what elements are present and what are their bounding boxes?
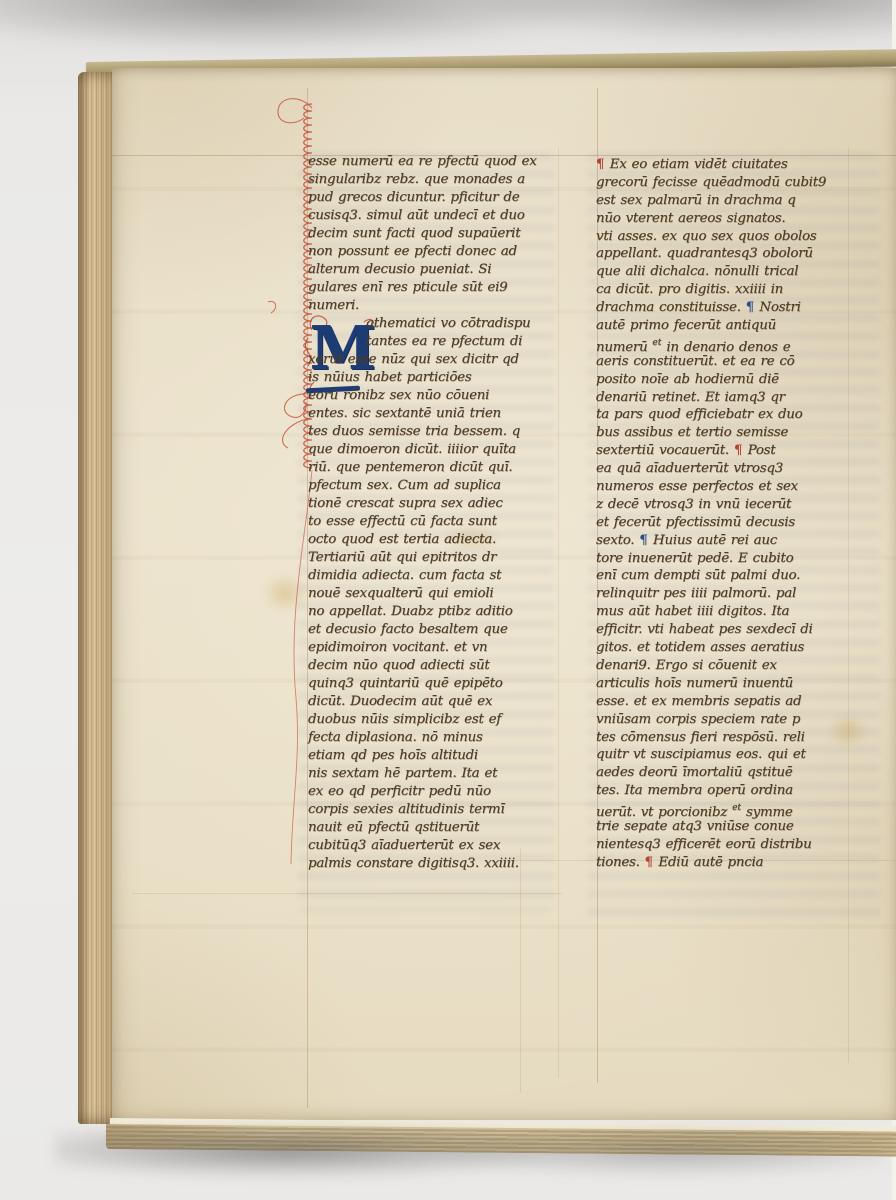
- text-segment: singularibz rebz. que monades a: [308, 172, 525, 187]
- manuscript-book: M esse numerū ea re pfectū quod exsingul…: [78, 56, 896, 1156]
- text-segment: gitos. et totidem asses aeratius: [596, 640, 804, 655]
- text-segment: relinquitr pes iiii palmorū. pal: [596, 586, 796, 601]
- text-segment: articulis hoīs numerū inuentū: [596, 676, 793, 691]
- text-line: decim nūo quod adiecti sūt: [308, 658, 564, 676]
- text-line: fecta diplasiona. nō minus: [308, 730, 564, 748]
- text-line: ca dicūt. pro digitis. xxiiii in: [596, 281, 894, 299]
- book-cast-shadow: [55, 1128, 885, 1200]
- text-segment: is nūius habet particiōes: [308, 370, 471, 385]
- text-line: et decusio facto besaltem que: [308, 622, 564, 640]
- text-line: esse. et ex membris sepatis ad: [596, 693, 894, 711]
- text-line: riū. que pentemeron dicūt quī.: [308, 460, 564, 478]
- text-line: epidimoiron vocitant. et vn: [308, 640, 564, 658]
- text-segment: octo quod est tertia adiecta.: [308, 532, 496, 547]
- text-line: gulares enī res pticule sūt ei9: [308, 280, 564, 298]
- text-line: gitos. et totidem asses aeratius: [596, 639, 894, 657]
- text-line: vti asses. ex quo sex quos obolos: [596, 228, 894, 246]
- text-line: entes. sic sextantē uniā trien: [308, 406, 564, 424]
- text-segment: alterum decusio pueniat. Si: [308, 262, 491, 277]
- text-segment: tore inuenerūt pedē. E cubito: [596, 551, 793, 566]
- stitch-small-hook: [268, 301, 276, 313]
- text-segment: epidimoiron vocitant. et vn: [308, 640, 487, 655]
- text-segment: vniūsam corpis speciem rate p: [596, 712, 800, 727]
- text-line: esse numerū ea re pfectū quod ex: [308, 154, 564, 172]
- text-segment: pud grecos dicuntur. pficitur de: [308, 190, 519, 205]
- text-segment: tiones.: [596, 855, 645, 870]
- text-column-left: esse numerū ea re pfectū quod exsingular…: [308, 154, 564, 874]
- text-line: denari9. Ergo si cōuenit ex: [596, 657, 894, 675]
- text-segment: ea quā aīaduerterūt vtrosq3: [596, 461, 783, 476]
- text-segment: sexto.: [596, 533, 639, 548]
- text-segment: eorū rōnibz sex nūo cōueni: [308, 388, 489, 403]
- text-segment: denariū retinet. Et iamq3 qr: [596, 390, 785, 405]
- text-line: cubitūq3 aīaduerterūt ex sex: [308, 838, 564, 856]
- parchment-page: M esse numerū ea re pfectū quod exsingul…: [112, 68, 896, 1120]
- text-segment: tes cōmensus fieri respōsū. reli: [596, 730, 805, 745]
- text-segment: tes duos semisse tria bessem. q: [308, 424, 520, 439]
- text-segment: entes. sic sextantē uniā trien: [308, 406, 501, 421]
- text-segment: enī cum dempti sūt palmi duo.: [596, 568, 800, 583]
- text-segment: appellant. quadrantesq3 obolorū: [596, 246, 813, 261]
- text-line: et fecerūt pfectissimū decusis: [596, 514, 894, 532]
- text-line: enī cum dempti sūt palmi duo.: [596, 567, 894, 585]
- paragraph-mark: ¶: [596, 156, 610, 172]
- text-segment: bus assibus et tertio semisse: [596, 425, 788, 440]
- text-line: palmis constare digitisq3. xxiiii.: [308, 856, 564, 874]
- text-line: singularibz rebz. que monades a: [308, 172, 564, 190]
- text-line: ex eo qd perficitr pedū nūo: [308, 784, 564, 802]
- text-segment: que dimoeron dicūt. iiiior quīta: [308, 442, 516, 457]
- text-segment: dimidia adiecta. cum facta st: [308, 568, 501, 583]
- text-segment: duobus nūis simplicibz est ef: [308, 712, 501, 727]
- paragraph-mark: ¶: [746, 299, 760, 315]
- text-segment: quinq3 quintariū quē epipēto: [308, 676, 503, 691]
- text-segment: quitr vt suscipiamus eos. qui et: [596, 747, 806, 762]
- text-line: to esse effectū cū facta sunt: [308, 514, 564, 532]
- text-column-right: ¶ Ex eo etiam vidēt ciuitatesgrecorū fec…: [596, 156, 894, 872]
- text-line: relinquitr pes iiii palmorū. pal: [596, 585, 894, 603]
- text-line: pud grecos dicuntur. pficitur de: [308, 190, 564, 208]
- text-line: xerūt esse nūz qui sex dicitr qd: [308, 352, 564, 370]
- text-segment: pfectum sex. Cum ad suplica: [308, 478, 501, 493]
- text-line: denariū retinet. Et iamq3 qr: [596, 389, 894, 407]
- text-line: tes. Ita membra operū ordina: [596, 782, 894, 800]
- text-line: cusisq3. simul aūt undecī et duo: [308, 208, 564, 226]
- text-segment: Ediū autē pncia: [658, 855, 763, 870]
- text-segment: ex eo qd perficitr pedū nūo: [308, 784, 491, 799]
- text-line: tes cōmensus fieri respōsū. reli: [596, 729, 894, 747]
- text-segment: palmis constare digitisq3. xxiiii.: [308, 856, 519, 871]
- text-line: est sex palmarū in drachma q: [596, 192, 894, 210]
- text-line: is nūius habet particiōes: [308, 370, 564, 388]
- text-segment: aedes deorū īmortaliū qstituē: [596, 765, 792, 780]
- text-line: tionē crescat supra sex adiec: [308, 496, 564, 514]
- text-line: aeris constituerūt. et ea re cō: [596, 353, 894, 371]
- text-segment: fecta diplasiona. nō minus: [308, 730, 483, 745]
- text-segment: et fecerūt pfectissimū decusis: [596, 515, 795, 530]
- text-segment: nūo vterent aereos signatos.: [596, 211, 785, 226]
- text-segment: cusisq3. simul aūt undecī et duo: [308, 208, 525, 223]
- text-line: dicūt. Duodecim aūt quē ex: [308, 694, 564, 712]
- text-line: no appellat. Duabz ptibz aditio: [308, 604, 564, 622]
- text-segment: est sex palmarū in drachma q: [596, 193, 796, 208]
- text-segment: no appellat. Duabz ptibz aditio: [308, 604, 513, 619]
- text-line: nūo vterent aereos signatos.: [596, 210, 894, 228]
- text-line: appellant. quadrantesq3 obolorū: [596, 245, 894, 263]
- text-line: non possunt ee pfecti donec ad: [308, 244, 564, 262]
- text-segment: et decusio facto besaltem que: [308, 622, 508, 637]
- text-line: Tertiariū aūt qui epitritos dr: [308, 550, 564, 568]
- text-line: alterum decusio pueniat. Si: [308, 262, 564, 280]
- text-segment: athematici vo cōtradispu: [366, 316, 530, 331]
- text-segment: Huius autē rei auc: [653, 533, 777, 548]
- text-segment: riū. que pentemeron dicūt quī.: [308, 460, 512, 475]
- text-line: tes duos semisse tria bessem. q: [308, 424, 564, 442]
- text-line: mus aūt habet iiii digitos. Ita: [596, 603, 894, 621]
- text-line: trie sepate atq3 vniūse conue: [596, 818, 894, 836]
- text-line: sextertiū vocauerūt. ¶ Post: [596, 442, 894, 460]
- text-segment: numeros esse perfectos et sex: [596, 479, 798, 494]
- paragraph-mark: ¶: [645, 854, 659, 870]
- text-line: drachma constituisse. ¶ Nostri: [596, 299, 894, 317]
- text-segment: corpis sexies altitudinis termī: [308, 802, 504, 817]
- text-segment: esse. et ex membris sepatis ad: [596, 694, 801, 709]
- text-segment: Ex eo etiam vidēt ciuitates: [610, 157, 788, 172]
- text-segment: cubitūq3 aīaduerterūt ex sex: [308, 838, 500, 853]
- text-line: corpis sexies altitudinis termī: [308, 802, 564, 820]
- text-line: numerū et in denario denos e: [596, 335, 894, 353]
- text-line: posito noīe ab hodiernū diē: [596, 371, 894, 389]
- paragraph-mark: ¶: [734, 442, 748, 458]
- text-line: numeri.: [308, 298, 564, 316]
- text-segment: etiam qd pes hoīs altitudi: [308, 748, 478, 763]
- text-line: dimidia adiecta. cum facta st: [308, 568, 564, 586]
- text-segment: z decē vtrosq3 in vnū iecerūt: [596, 497, 791, 512]
- text-segment: nis sextam hē partem. Ita et: [308, 766, 497, 781]
- text-line: nauit eū pfectū qstituerūt: [308, 820, 564, 838]
- text-line: octo quod est tertia adiecta.: [308, 532, 564, 550]
- text-line: nis sextam hē partem. Ita et: [308, 766, 564, 784]
- text-segment: Nostri: [759, 300, 800, 315]
- text-line: z decē vtrosq3 in vnū iecerūt: [596, 496, 894, 514]
- text-line: que alii dichalca. nōnulli trical: [596, 263, 894, 281]
- text-segment: tantes ea re pfectum di: [366, 334, 522, 349]
- text-segment: non possunt ee pfecti donec ad: [308, 244, 517, 259]
- text-segment: decim sunt facti quod supaūerit: [308, 226, 520, 241]
- text-line: eorū rōnibz sex nūo cōueni: [308, 388, 564, 406]
- text-segment: aeris constituerūt. et ea re cō: [596, 354, 794, 369]
- text-segment: numeri.: [308, 298, 359, 313]
- text-line: athematici vo cōtradispu: [366, 316, 564, 334]
- text-line: tiones. ¶ Ediū autē pncia: [596, 854, 894, 872]
- text-segment: autē primo fecerūt antiquū: [596, 318, 776, 333]
- text-segment: ta pars quod efficiebatr ex duo: [596, 407, 802, 422]
- text-segment: Post: [748, 443, 776, 458]
- text-line: decim sunt facti quod supaūerit: [308, 226, 564, 244]
- text-segment: esse numerū ea re pfectū quod ex: [308, 154, 537, 169]
- text-line: articulis hoīs numerū inuentū: [596, 675, 894, 693]
- text-line: autē primo fecerūt antiquū: [596, 317, 894, 335]
- manuscript-photo: { "artifact": { "kind": "bound parchment…: [0, 0, 896, 1200]
- text-line: bus assibus et tertio semisse: [596, 424, 894, 442]
- text-segment: que alii dichalca. nōnulli trical: [596, 264, 798, 279]
- text-segment: ca dicūt. pro digitis. xxiiii in: [596, 282, 783, 297]
- text-segment: nouē sexqualterū qui emioli: [308, 586, 493, 601]
- text-segment: mus aūt habet iiii digitos. Ita: [596, 604, 789, 619]
- text-segment: gulares enī res pticule sūt ei9: [308, 280, 507, 295]
- text-segment: Tertiariū aūt qui epitritos dr: [308, 550, 496, 565]
- text-line: efficitr. vti habeat pes sexdecī di: [596, 621, 894, 639]
- text-line: nouē sexqualterū qui emioli: [308, 586, 564, 604]
- text-segment: drachma constituisse.: [596, 300, 746, 315]
- text-segment: vti asses. ex quo sex quos obolos: [596, 229, 816, 244]
- text-line: etiam qd pes hoīs altitudi: [308, 748, 564, 766]
- text-line: quinq3 quintariū quē epipēto: [308, 676, 564, 694]
- paragraph-mark: ¶: [639, 532, 653, 548]
- text-line: ¶ Ex eo etiam vidēt ciuitates: [596, 156, 894, 174]
- text-segment: denari9. Ergo si cōuenit ex: [596, 658, 777, 673]
- text-segment: sextertiū vocauerūt.: [596, 443, 734, 458]
- text-segment: efficitr. vti habeat pes sexdecī di: [596, 622, 813, 637]
- text-segment: grecorū fecisse quēadmodū cubit9: [596, 175, 826, 190]
- text-segment: nientesq3 efficerēt eorū distribu: [596, 837, 812, 852]
- text-line: sexto. ¶ Huius autē rei auc: [596, 532, 894, 550]
- text-line: aedes deorū īmortaliū qstituē: [596, 764, 894, 782]
- text-line: pfectum sex. Cum ad suplica: [308, 478, 564, 496]
- text-segment: dicūt. Duodecim aūt quē ex: [308, 694, 492, 709]
- text-segment: tionē crescat supra sex adiec: [308, 496, 503, 511]
- text-segment: et: [732, 803, 741, 813]
- text-segment: trie sepate atq3 vniūse conue: [596, 819, 794, 834]
- text-line: nientesq3 efficerēt eorū distribu: [596, 836, 894, 854]
- text-line: tantes ea re pfectum di: [366, 334, 564, 352]
- text-line: numeros esse perfectos et sex: [596, 478, 894, 496]
- text-segment: posito noīe ab hodiernū diē: [596, 372, 779, 387]
- text-segment: to esse effectū cū facta sunt: [308, 514, 497, 529]
- text-segment: nauit eū pfectū qstituerūt: [308, 820, 479, 835]
- text-segment: xerūt esse nūz qui sex dicitr qd: [308, 352, 519, 367]
- book-fore-edge-pages: [78, 72, 116, 1124]
- text-line: duobus nūis simplicibz est ef: [308, 712, 564, 730]
- text-line: que dimoeron dicūt. iiiior quīta: [308, 442, 564, 460]
- text-segment: decim nūo quod adiecti sūt: [308, 658, 489, 673]
- text-segment: tes. Ita membra operū ordina: [596, 783, 793, 798]
- text-line: quitr vt suscipiamus eos. qui et: [596, 746, 894, 764]
- text-line: uerūt. vt porcionibz et symme: [596, 800, 894, 818]
- text-line: grecorū fecisse quēadmodū cubit9: [596, 174, 894, 192]
- text-line: vniūsam corpis speciem rate p: [596, 711, 894, 729]
- stitch-mid-flourish: [283, 394, 310, 448]
- text-line: tore inuenerūt pedē. E cubito: [596, 550, 894, 568]
- text-line: ta pars quod efficiebatr ex duo: [596, 406, 894, 424]
- text-line: ea quā aīaduerterūt vtrosq3: [596, 460, 894, 478]
